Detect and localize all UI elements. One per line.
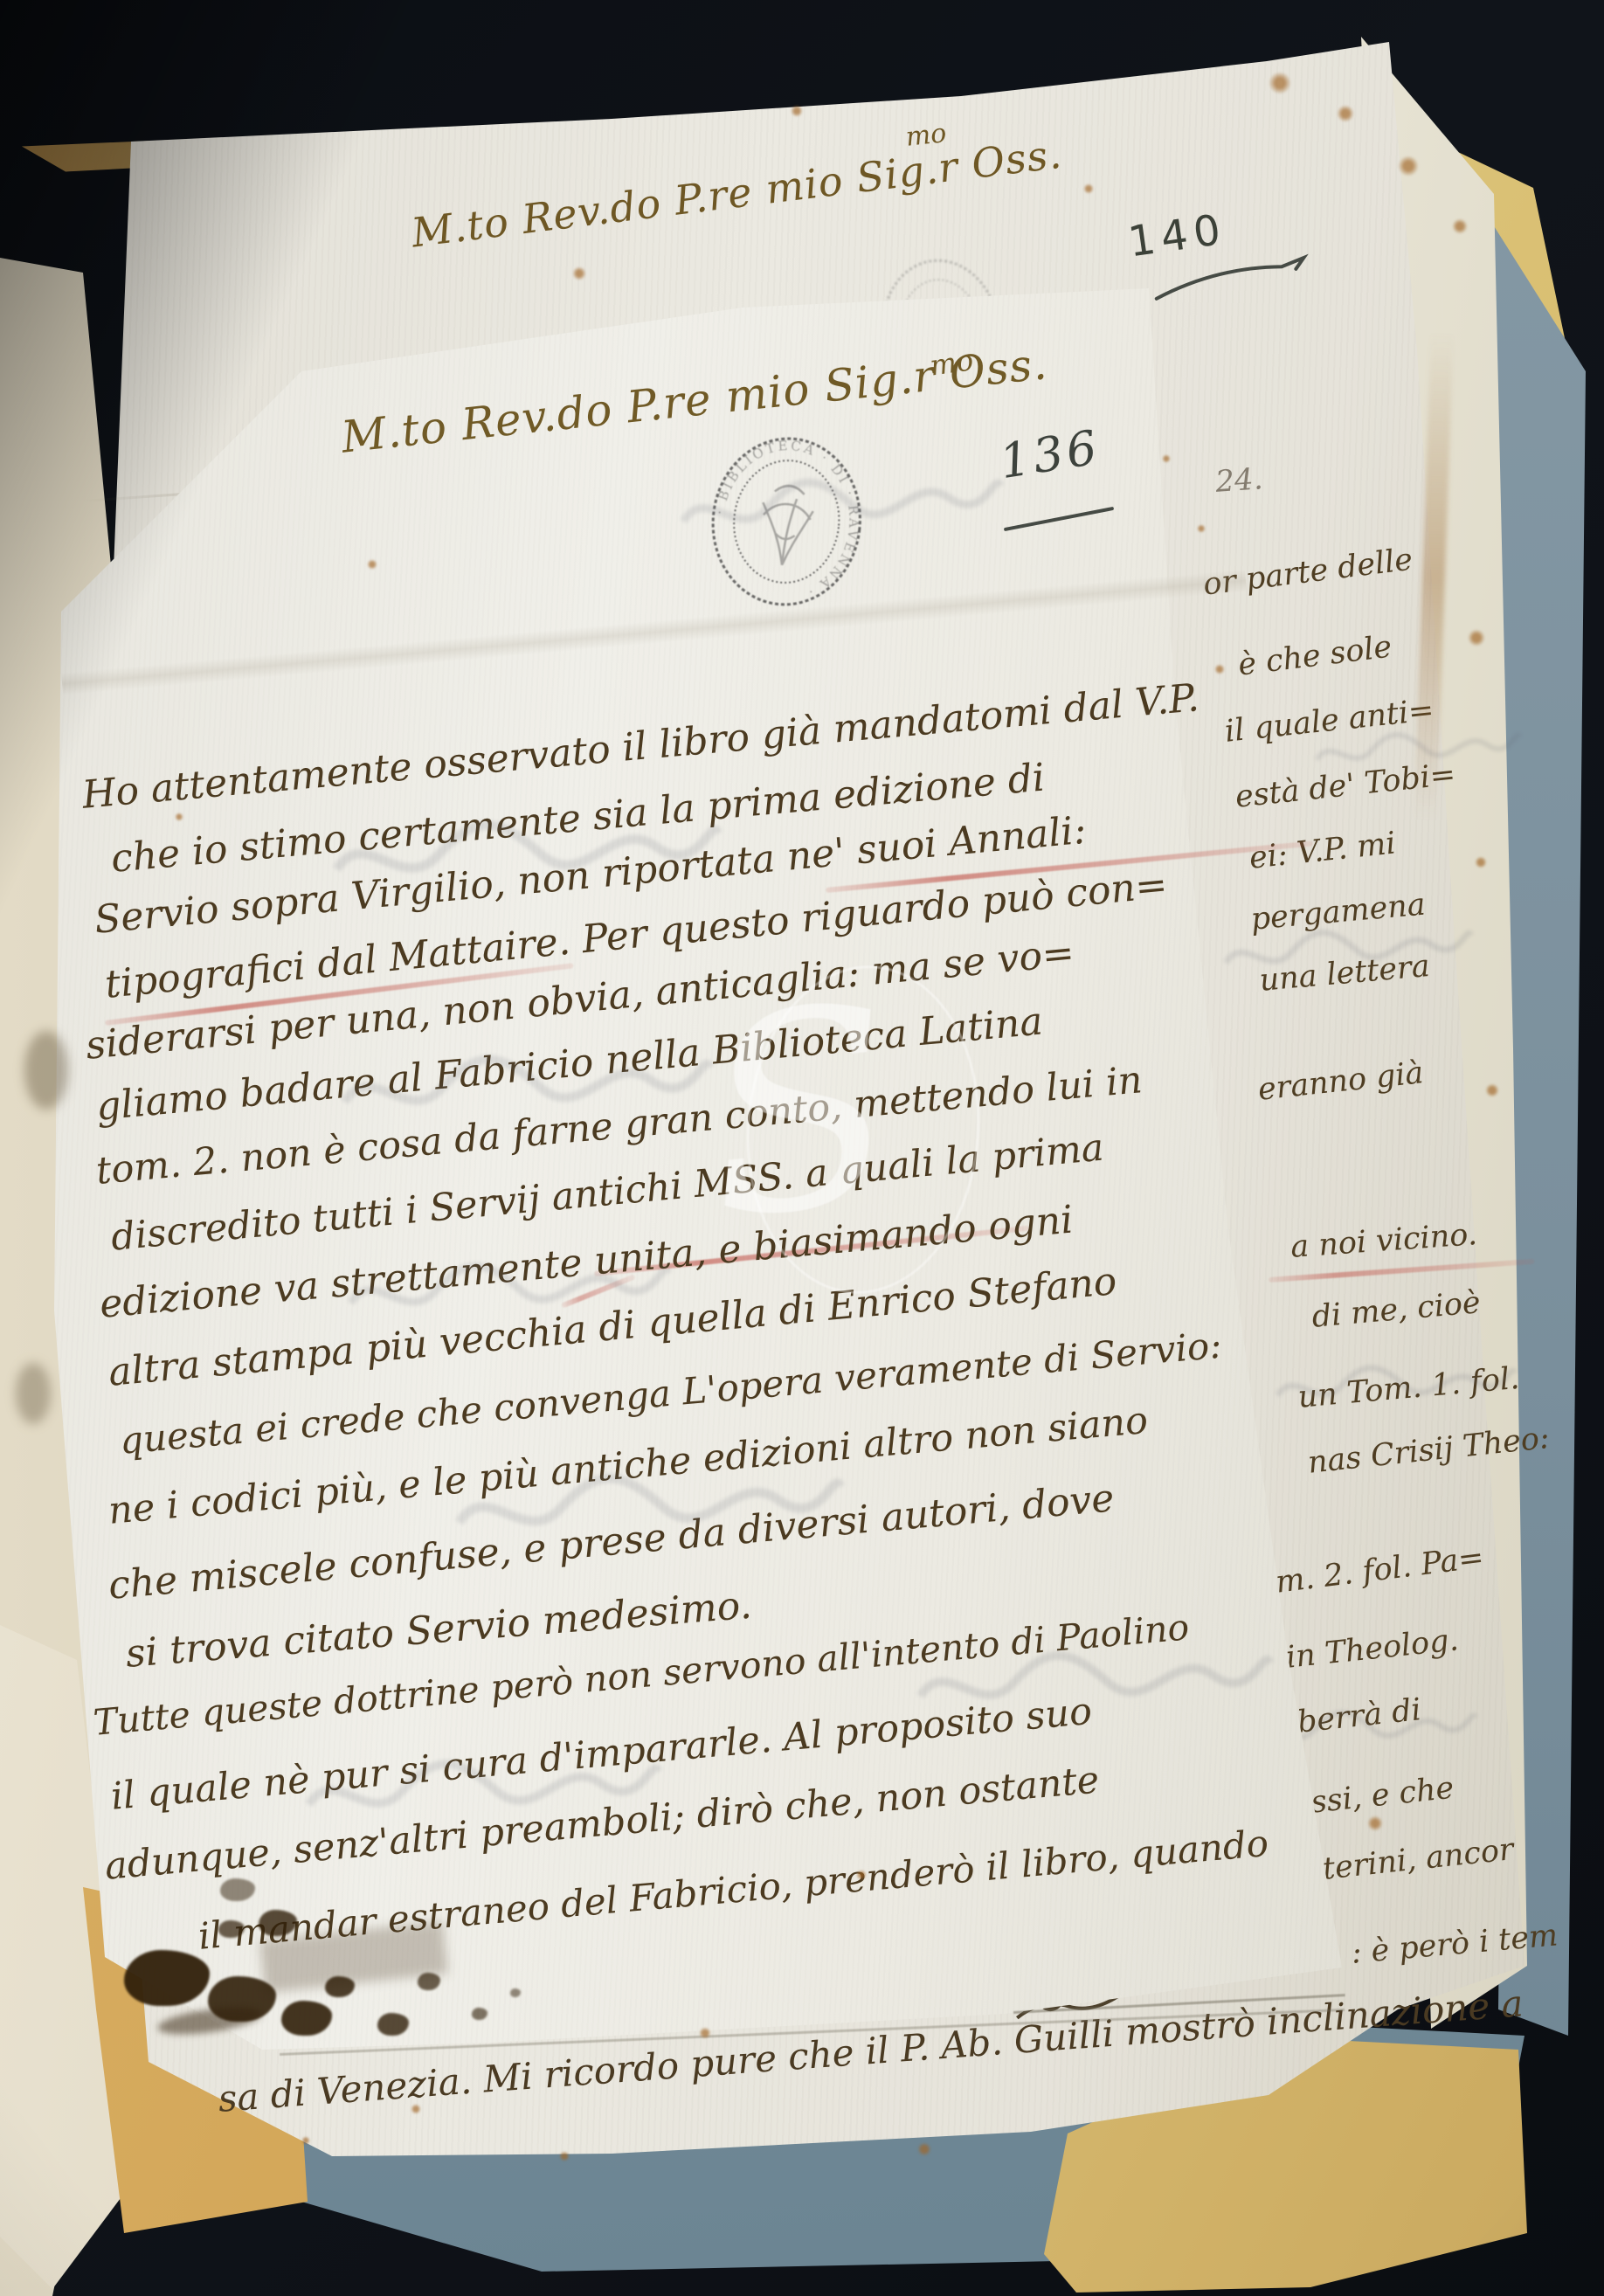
foxing-spot — [1214, 664, 1225, 674]
manuscript-photo: M.to Rev.do P.re mio Sig.r Oss. mo 140 2… — [0, 0, 1604, 2296]
foxing-spot — [1398, 156, 1419, 176]
foxing-spot — [1468, 629, 1485, 647]
foxing-spot — [572, 266, 586, 280]
foxing-spot — [791, 105, 803, 117]
letter-salutation-superscript: mo — [928, 343, 975, 383]
foxing-spot — [1475, 856, 1487, 868]
foxing-spot — [175, 813, 183, 821]
watermark-glyph: S — [694, 970, 907, 1259]
foxing-spot — [411, 2104, 421, 2114]
foxing-spot — [917, 2142, 931, 2156]
foxing-spot — [699, 2027, 711, 2039]
foxing-spot — [1367, 1815, 1383, 1831]
under-salutation-superscript: mo — [904, 118, 948, 153]
foxing-spot — [1083, 183, 1094, 194]
foxing-spot — [1452, 218, 1468, 234]
digitization-watermark: S — [721, 952, 1000, 1319]
foxing-spot — [1269, 72, 1291, 94]
edge-smudge — [16, 1363, 51, 1424]
foxing-spot — [1485, 1083, 1499, 1097]
foxing-spot — [301, 2136, 310, 2145]
foxing-spot — [1162, 454, 1171, 463]
under-corner-note: 24. — [1214, 461, 1264, 500]
foxing-spot — [856, 1870, 867, 1880]
foxing-spot — [1197, 524, 1206, 533]
foxing-spot — [1337, 105, 1354, 122]
foxing-spot — [559, 2151, 570, 2161]
edge-smudge — [24, 1031, 68, 1110]
foxing-spot — [367, 559, 377, 570]
